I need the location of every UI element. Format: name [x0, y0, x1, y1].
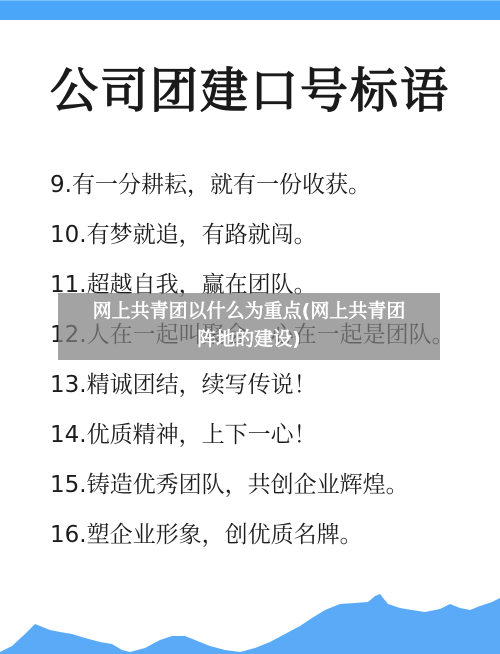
slogan-item: 9.有一分耕耘，就有一份收获。	[50, 168, 455, 218]
overlay-line-1: 网上共青团以什么为重点(网上共青团	[58, 297, 440, 325]
slogan-item: 16.塑企业形象，创优质名牌。	[50, 518, 455, 568]
page-title: 公司团建口号标语	[0, 52, 500, 121]
overlay-line-2: 阵地的建设)	[58, 325, 440, 353]
slogan-list: 9.有一分耕耘，就有一份收获。 10.有梦就追，有路就闯。 11.超越自我，赢在…	[50, 168, 455, 568]
slogan-item: 13.精诚团结，续写传说！	[50, 368, 455, 418]
slogan-item: 14.优质精神，上下一心！	[50, 418, 455, 468]
slogan-item: 15.铸造优秀团队，共创企业辉煌。	[50, 468, 455, 518]
slogan-item: 10.有梦就追，有路就闯。	[50, 218, 455, 268]
top-banner-bar	[0, 0, 500, 20]
caption-overlay: 网上共青团以什么为重点(网上共青团 阵地的建设)	[58, 293, 440, 360]
mountain-silhouette-decoration	[0, 574, 500, 654]
